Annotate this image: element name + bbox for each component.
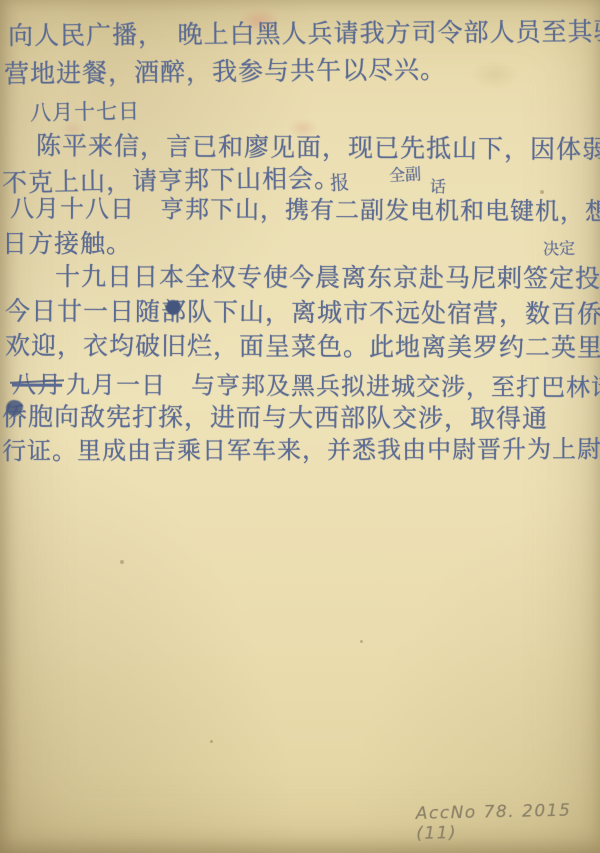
handwritten-line: 行证。里成由吉乘日军车来，并悉我由中尉晋升为上尉。 — [2, 429, 600, 466]
handwritten-date-line: 八月十七日 — [30, 95, 141, 127]
inserted-correction: 话 — [430, 174, 447, 198]
paper-speck — [210, 740, 213, 743]
handwritten-line: 营地进餐，酒醉，我参与共午以尽兴。 — [4, 50, 446, 91]
scanned-diary-page: { "colors": { "paper": "#ecdfb4", "ink_b… — [0, 0, 600, 853]
paper-speck — [120, 560, 124, 564]
handwritten-line: 向人民广播， 晚上白黑人兵请我方司令部人员至其驻 — [8, 12, 600, 52]
handwritten-line: 十九日日本全权专使今晨离东京赴马尼剌签定投降书 — [55, 257, 600, 295]
paper-speck — [360, 640, 363, 643]
inserted-correction: 决定 — [543, 235, 576, 259]
handwritten-line: 今日廿一日随部队下山，离城市不远处宿营，数百侨胞 — [5, 291, 600, 330]
handwritten-date-line: 八月十八日 亨邦下山，携有二副发电机和电键机，想和 — [10, 188, 600, 226]
accession-number-note: AccNo 78. 2015 (11) — [416, 800, 600, 844]
struck-out-text: 八月 — [12, 364, 62, 399]
handwritten-line: 日方接触。 — [2, 224, 132, 260]
handwritten-line: 欢迎，衣均破旧烂，面呈菜色。此地离美罗约二英里。 — [5, 326, 600, 364]
inserted-correction: 报 — [329, 167, 350, 195]
inserted-correction: 全副 — [388, 161, 421, 186]
